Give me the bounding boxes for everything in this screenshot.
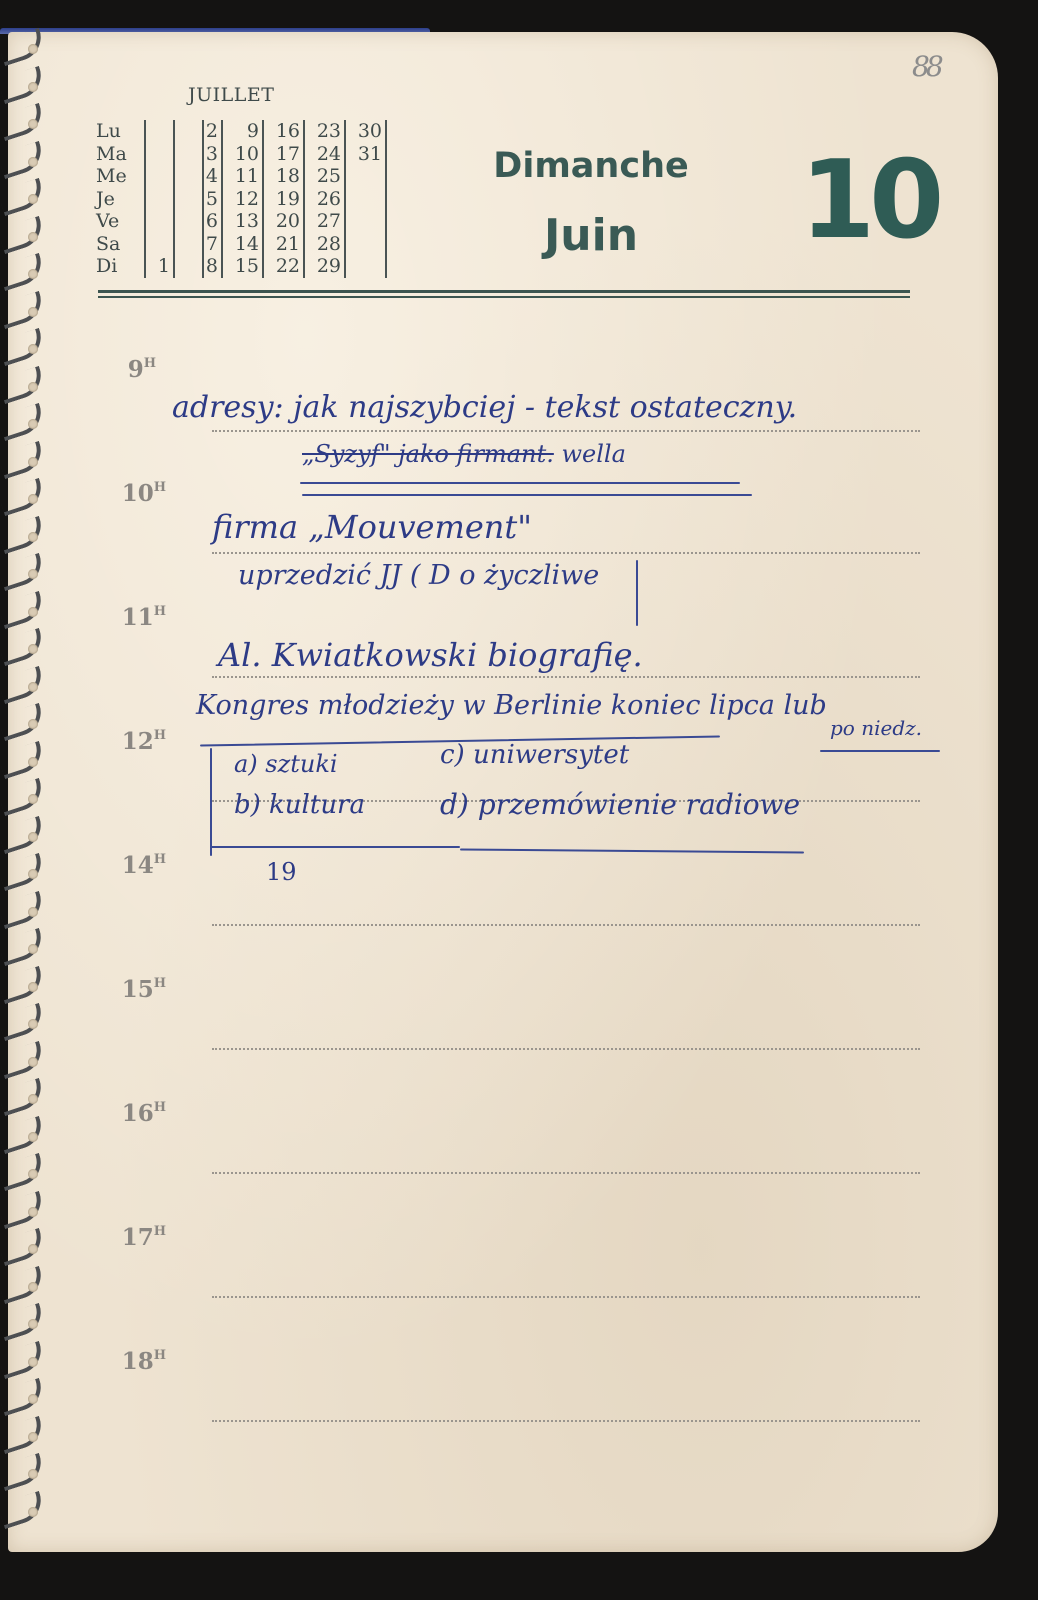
punch-hole [28, 382, 38, 392]
punch-hole [28, 1169, 38, 1179]
spiral-coil [0, 215, 47, 253]
calendar-day [346, 255, 382, 278]
calendar-day: 22 [264, 255, 300, 278]
calendar-day [346, 233, 382, 256]
punch-hole [28, 1282, 38, 1292]
header-rule [98, 290, 910, 293]
spiral-coil [0, 1040, 47, 1078]
mini-calendar-month: JUILLET [188, 84, 274, 106]
spiral-coil [0, 815, 47, 853]
spiral-coil [0, 65, 47, 103]
weekday-label: Ma [96, 143, 144, 166]
spiral-coil [0, 665, 47, 703]
spiral-coil [0, 365, 47, 403]
mini-calendar-grid: Lu Ma Me Je Ve Sa Di 1 2 3 4 5 6 7 8 [96, 120, 387, 278]
ink-underline [300, 482, 740, 484]
calendar-day [146, 165, 170, 188]
spiral-coil [0, 1190, 47, 1228]
hour-label-14: 14H [106, 852, 166, 879]
punch-hole [28, 1357, 38, 1367]
punch-hole [28, 157, 38, 167]
calendar-day [146, 143, 170, 166]
calendar-day: 13 [223, 210, 259, 233]
list-item: a) sztuki [234, 750, 338, 778]
calendar-day [146, 188, 170, 211]
calendar-day: 3 [204, 143, 218, 166]
handwritten-number: 19 [266, 858, 297, 886]
ink-underline [210, 846, 460, 848]
calendar-day: 29 [305, 255, 341, 278]
day-of-week-title: Dimanche [486, 146, 696, 186]
calendar-day: 31 [346, 143, 382, 166]
handwritten-note-line: po niedz. [830, 716, 922, 740]
calendar-day [146, 210, 170, 233]
punch-hole [28, 644, 38, 654]
calendar-day: 19 [264, 188, 300, 211]
weekday-label: Sa [96, 233, 144, 256]
punch-hole [28, 1244, 38, 1254]
punch-hole [28, 232, 38, 242]
week-column: 1 [144, 120, 175, 278]
writing-line [212, 1296, 920, 1298]
hour-label-10: 10H [106, 480, 166, 507]
spiral-coil [0, 928, 47, 966]
punch-hole [28, 832, 38, 842]
spiral-coil [0, 1228, 47, 1266]
punch-hole [28, 1432, 38, 1442]
calendar-day: 6 [204, 210, 218, 233]
punch-hole [28, 307, 38, 317]
calendar-day: 4 [204, 165, 218, 188]
calendar-day: 9 [223, 120, 259, 143]
month-title: Juin [486, 210, 696, 261]
punch-hole [28, 719, 38, 729]
spiral-coil [0, 328, 47, 366]
spiral-coil [0, 1453, 47, 1491]
week-column: 2 3 4 5 6 7 8 [204, 120, 223, 278]
week-column: 9 10 11 12 13 14 15 [223, 120, 264, 278]
calendar-day: 7 [204, 233, 218, 256]
punch-hole [28, 44, 38, 54]
calendar-day: 14 [223, 233, 259, 256]
date-number: 10 [800, 138, 938, 263]
punch-hole [28, 457, 38, 467]
spiral-coil [0, 590, 47, 628]
calendar-day: 24 [305, 143, 341, 166]
handwritten-text: wella [561, 440, 625, 468]
punch-hole [28, 944, 38, 954]
handwritten-note-line: uprzedzić JJ ( D o życzliwe [238, 560, 599, 591]
calendar-day: 20 [264, 210, 300, 233]
punch-hole [28, 1094, 38, 1104]
spiral-coil [0, 1340, 47, 1378]
weekday-label: Lu [96, 120, 144, 143]
handwritten-note-line: „Syzyf" jako firmant. wella [302, 440, 626, 468]
calendar-day: 5 [204, 188, 218, 211]
spiral-coil [0, 1153, 47, 1191]
calendar-day: 15 [223, 255, 259, 278]
hour-label-11: 11H [106, 604, 166, 631]
punch-hole [28, 1207, 38, 1217]
punch-hole [28, 569, 38, 579]
calendar-day: 21 [264, 233, 300, 256]
punch-hole [28, 757, 38, 767]
spiral-coil [0, 778, 47, 816]
writing-line [212, 676, 920, 678]
writing-line [212, 552, 920, 554]
calendar-day: 12 [223, 188, 259, 211]
list-item: c) uniwersytet [440, 740, 629, 770]
punch-hole [28, 869, 38, 879]
spiral-coil [0, 1115, 47, 1153]
calendar-day: 27 [305, 210, 341, 233]
punch-hole [28, 1469, 38, 1479]
handwritten-note-line: adresy: jak najszybciej - tekst ostatecz… [172, 390, 797, 425]
spiral-coil [0, 290, 47, 328]
week-column: 30 31 [346, 120, 387, 278]
calendar-day [346, 188, 382, 211]
ink-underline [302, 494, 752, 496]
spiral-coil [0, 1003, 47, 1041]
calendar-day: 11 [223, 165, 259, 188]
spiral-coil [0, 440, 47, 478]
punch-hole [28, 794, 38, 804]
calendar-day: 23 [305, 120, 341, 143]
punch-hole [28, 1057, 38, 1067]
writing-line [212, 1048, 920, 1050]
punch-hole [28, 194, 38, 204]
spiral-coil [0, 253, 47, 291]
spiral-coil [0, 740, 47, 778]
calendar-day: 1 [146, 255, 170, 278]
weekday-label: Je [96, 188, 144, 211]
spiral-coil [0, 1265, 47, 1303]
spiral-coil [0, 140, 47, 178]
punch-hole [28, 82, 38, 92]
writing-line [212, 924, 920, 926]
calendar-day: 10 [223, 143, 259, 166]
week-column: 23 24 25 26 27 28 29 [305, 120, 346, 278]
hour-label-17: 17H [106, 1224, 166, 1251]
list-item: b) kultura [234, 790, 365, 820]
spiral-coil [0, 403, 47, 441]
calendar-day [146, 120, 170, 143]
writing-line [212, 1172, 920, 1174]
punch-hole [28, 982, 38, 992]
handwritten-note-line: Kongres młodzieży w Berlinie koniec lipc… [196, 690, 827, 721]
calendar-day: 17 [264, 143, 300, 166]
punch-hole [28, 1132, 38, 1142]
hour-label-15: 15H [106, 976, 166, 1003]
ink-underline [820, 750, 940, 752]
spiral-coil [0, 890, 47, 928]
weekday-label: Di [96, 255, 144, 278]
spiral-coil [0, 628, 47, 666]
calendar-day: 8 [204, 255, 218, 278]
punch-hole [28, 1019, 38, 1029]
spiral-coil [0, 1415, 47, 1453]
struck-text: „Syzyf" jako firmant. [302, 440, 554, 468]
punch-hole [28, 1507, 38, 1517]
punch-hole [28, 494, 38, 504]
calendar-day [146, 233, 170, 256]
week-column: 16 17 18 19 20 21 22 [264, 120, 305, 278]
header-rule [98, 296, 910, 298]
punch-hole [28, 907, 38, 917]
spiral-coil [0, 853, 47, 891]
hour-label-9: 9H [96, 356, 156, 383]
spiral-binding [0, 40, 52, 1550]
calendar-day: 30 [346, 120, 382, 143]
calendar-day: 28 [305, 233, 341, 256]
spiral-coil [0, 1490, 47, 1528]
spiral-coil [0, 178, 47, 216]
punch-hole [28, 119, 38, 129]
ink-bracket [636, 560, 638, 626]
weekday-label: Me [96, 165, 144, 188]
spiral-coil [0, 965, 47, 1003]
weekday-label: Ve [96, 210, 144, 233]
calendar-day [346, 165, 382, 188]
punch-hole [28, 269, 38, 279]
spiral-coil [0, 478, 47, 516]
calendar-day: 26 [305, 188, 341, 211]
calendar-day: 18 [264, 165, 300, 188]
handwritten-note-line: Al. Kwiatkowski biografię. [218, 636, 643, 674]
writing-line [212, 430, 920, 432]
spiral-coil [0, 1078, 47, 1116]
list-item: d) przemówienie radiowe [440, 788, 800, 821]
writing-line [212, 1420, 920, 1422]
punch-hole [28, 1394, 38, 1404]
page-number: 88 [912, 50, 940, 83]
spiral-coil [0, 703, 47, 741]
spiral-coil [0, 1303, 47, 1341]
spiral-coil [0, 103, 47, 141]
hour-label-18: 18H [106, 1348, 166, 1375]
punch-hole [28, 1319, 38, 1329]
punch-hole [28, 419, 38, 429]
spiral-coil [0, 515, 47, 553]
punch-hole [28, 532, 38, 542]
calendar-day: 25 [305, 165, 341, 188]
spiral-coil [0, 1378, 47, 1416]
calendar-day: 16 [264, 120, 300, 143]
handwritten-note-line: firma „Mouvement" [212, 508, 532, 546]
hour-label-12: 12H [106, 728, 166, 755]
week-column-spacer [175, 120, 204, 278]
punch-hole [28, 344, 38, 354]
calendar-day: 2 [204, 120, 218, 143]
ink-bracket [210, 748, 212, 856]
punch-hole [28, 607, 38, 617]
calendar-day [346, 210, 382, 233]
weekday-labels: Lu Ma Me Je Ve Sa Di [96, 120, 144, 278]
hour-label-16: 16H [106, 1100, 166, 1127]
spiral-coil [0, 553, 47, 591]
punch-hole [28, 682, 38, 692]
